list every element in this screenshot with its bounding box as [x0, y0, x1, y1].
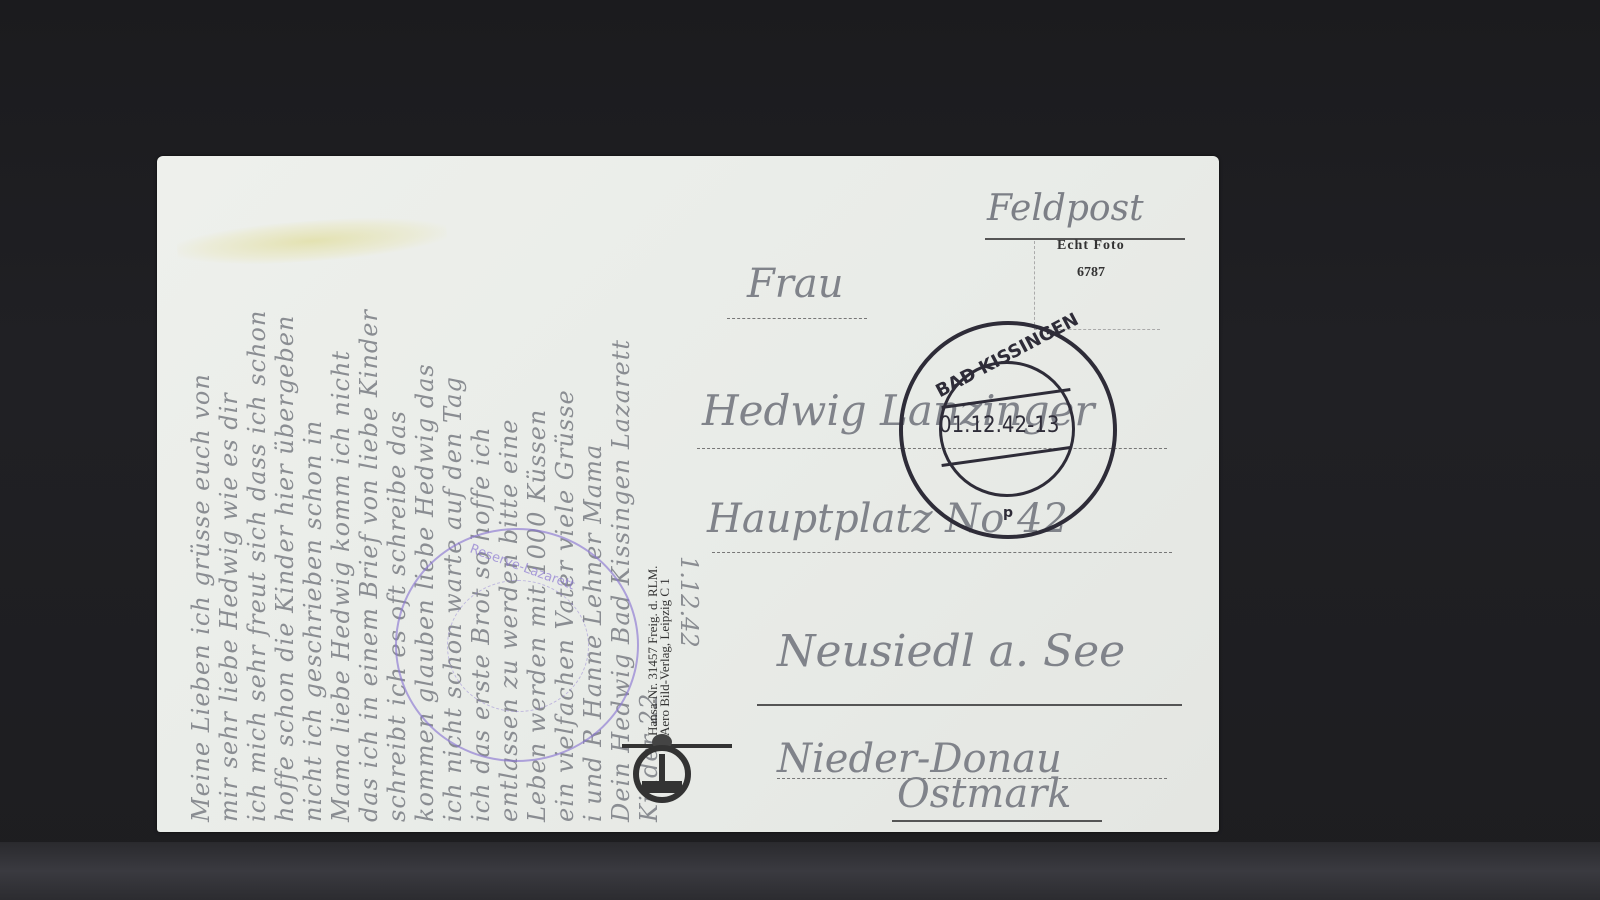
aero-bild-verlag-logo-icon: [622, 726, 732, 806]
purple-hospital-stamp: Reserve-Lazarett: [395, 528, 639, 762]
handwritten-letter: Meine Lieben ich grüsse euch von mir seh…: [163, 156, 683, 832]
address-city-underline: [757, 704, 1182, 706]
postmark-letter: p: [1003, 505, 1013, 521]
bad-kissingen-postmark: BAD KISSINGEN 01.12.42-13 p: [899, 321, 1117, 539]
address-line-3: [712, 552, 1172, 553]
address-salutation: Frau: [747, 261, 843, 307]
address-city: Neusiedl a. See: [777, 626, 1125, 677]
card-number: 6787: [1077, 265, 1105, 281]
feldpost-label: Feldpost: [987, 188, 1144, 229]
address-line-1: [727, 318, 867, 319]
handwritten-date: 1.12.42: [675, 556, 703, 648]
dark-shelf-background: [0, 842, 1600, 900]
stamp-placeholder-box: [1034, 241, 1160, 330]
stamp-inner-ring: [447, 580, 589, 712]
address-country-underline: [892, 820, 1102, 822]
publisher-line-2: Hansa-Nr. 31457 Freig. d. RLM.: [645, 456, 661, 736]
address-country: Ostmark: [897, 771, 1072, 817]
postcard: Meine Lieben ich grüsse euch von mir seh…: [157, 156, 1219, 832]
postmark-date: 01.12.42-13: [939, 413, 1059, 438]
echt-foto-label: Echt Foto: [1057, 238, 1125, 254]
